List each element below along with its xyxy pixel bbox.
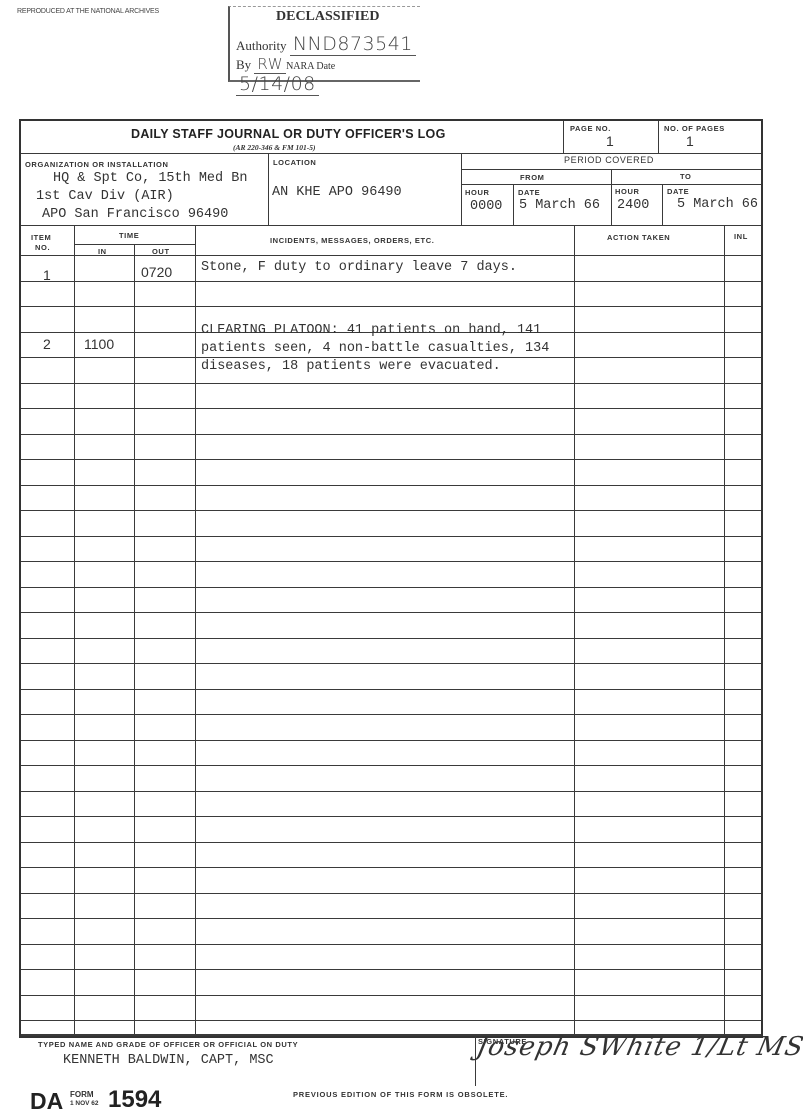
entry-1-item: 1 <box>43 267 51 283</box>
col-inl-header: INL <box>734 232 748 241</box>
row-rule <box>21 612 761 613</box>
from-date: 5 March 66 <box>519 198 600 213</box>
row-rule <box>21 944 761 945</box>
to-date: 5 March 66 <box>677 197 758 212</box>
form-number: 1594 <box>108 1086 161 1114</box>
obsolete-note: PREVIOUS EDITION OF THIS FORM IS OBSOLET… <box>293 1090 508 1099</box>
entry-2-line-1: CLEARING PLATOON: 41 patients on hand, 1… <box>201 323 541 338</box>
organization-line-2: 1st Cav Div (AIR) <box>36 189 174 204</box>
row-rule <box>21 842 761 843</box>
to-date-label: DATE <box>667 187 689 196</box>
location-label: LOCATION <box>273 158 316 167</box>
row-rule <box>21 561 761 562</box>
by-initials: RW <box>254 55 286 74</box>
row-rule <box>21 1020 761 1021</box>
row-rule <box>21 740 761 741</box>
officer-name: KENNETH BALDWIN, CAPT, MSC <box>63 1053 274 1068</box>
stamp-title: DECLASSIFIED <box>276 9 379 25</box>
to-label: TO <box>680 172 691 181</box>
stamp-date: 5/14/08 <box>236 73 319 96</box>
archives-note: REPRODUCED AT THE NATIONAL ARCHIVES <box>17 8 159 15</box>
row-rule <box>21 536 761 537</box>
col-action-header: ACTION TAKEN <box>607 233 670 242</box>
row-rule <box>21 791 761 792</box>
entry-1-out: 0720 <box>141 264 172 280</box>
duty-officer-log-form: DAILY STAFF JOURNAL OR DUTY OFFICER'S LO… <box>19 119 763 1038</box>
entry-2-line-2: patients seen, 4 non-battle casualties, … <box>201 341 549 356</box>
row-rule <box>21 918 761 919</box>
from-hour-label: HOUR <box>465 188 489 197</box>
page-no-label: PAGE NO. <box>570 124 611 133</box>
page-no: 1 <box>606 133 614 149</box>
to-hour-label: HOUR <box>615 187 639 196</box>
entry-1-text: Stone, F duty to ordinary leave 7 days. <box>201 260 517 275</box>
row-rule <box>21 663 761 664</box>
row-rule <box>21 816 761 817</box>
entry-2-line-3: diseases, 18 patients were evacuated. <box>201 359 501 374</box>
entry-2-item: 2 <box>43 336 51 352</box>
no-of-pages-label: NO. OF PAGES <box>664 124 725 133</box>
row-rule <box>21 995 761 996</box>
from-date-label: DATE <box>518 188 540 197</box>
row-rule <box>21 587 761 588</box>
form-prefix: DA <box>30 1088 63 1115</box>
form-title: DAILY STAFF JOURNAL OR DUTY OFFICER'S LO… <box>131 127 446 141</box>
organization-label: ORGANIZATION OR INSTALLATION <box>25 160 168 169</box>
col-item-header-2: NO. <box>35 243 50 252</box>
row-rule <box>21 867 761 868</box>
col-time-header: TIME <box>119 231 139 240</box>
officer-label: TYPED NAME AND GRADE OF OFFICER OR OFFIC… <box>38 1040 298 1049</box>
row-rule <box>21 383 761 384</box>
row-rule <box>21 638 761 639</box>
from-hour: 0000 <box>470 199 502 214</box>
row-rule <box>21 510 761 511</box>
location-value: AN KHE APO 96490 <box>272 185 402 200</box>
col-item-header: ITEM <box>31 233 51 242</box>
stamp-by: By RWNARA Date 5/14/08 <box>236 55 420 95</box>
row-rule <box>21 357 761 358</box>
organization-line-3: APO San Francisco 96490 <box>42 207 228 222</box>
col-incidents-header: INCIDENTS, MESSAGES, ORDERS, ETC. <box>270 236 434 245</box>
entry-2-in: 1100 <box>84 336 114 352</box>
organization-line-1: HQ & Spt Co, 15th Med Bn <box>53 171 247 186</box>
row-rule <box>21 689 761 690</box>
from-label: FROM <box>520 173 544 182</box>
row-rule <box>21 306 761 307</box>
row-rule <box>21 459 761 460</box>
row-rule <box>21 765 761 766</box>
period-covered-label: PERIOD COVERED <box>564 155 654 165</box>
no-of-pages: 1 <box>686 133 694 149</box>
row-rule <box>21 893 761 894</box>
stamp-authority: Authority NND873541 <box>236 33 416 55</box>
form-label: FORM1 NOV 62 <box>70 1091 99 1108</box>
row-rule <box>21 434 761 435</box>
declassified-stamp: DECLASSIFIED Authority NND873541 By RWNA… <box>228 6 420 82</box>
signature: Joseph SWhite 1/Lt MSC <box>474 1032 803 1062</box>
form-subtitle: (AR 220-346 & FM 101-5) <box>233 143 316 152</box>
row-rule <box>21 281 761 282</box>
row-rule <box>21 714 761 715</box>
row-rule <box>21 485 761 486</box>
to-hour: 2400 <box>617 198 649 213</box>
row-rule <box>21 408 761 409</box>
row-rule <box>21 969 761 970</box>
authority-value: NND873541 <box>290 33 416 56</box>
